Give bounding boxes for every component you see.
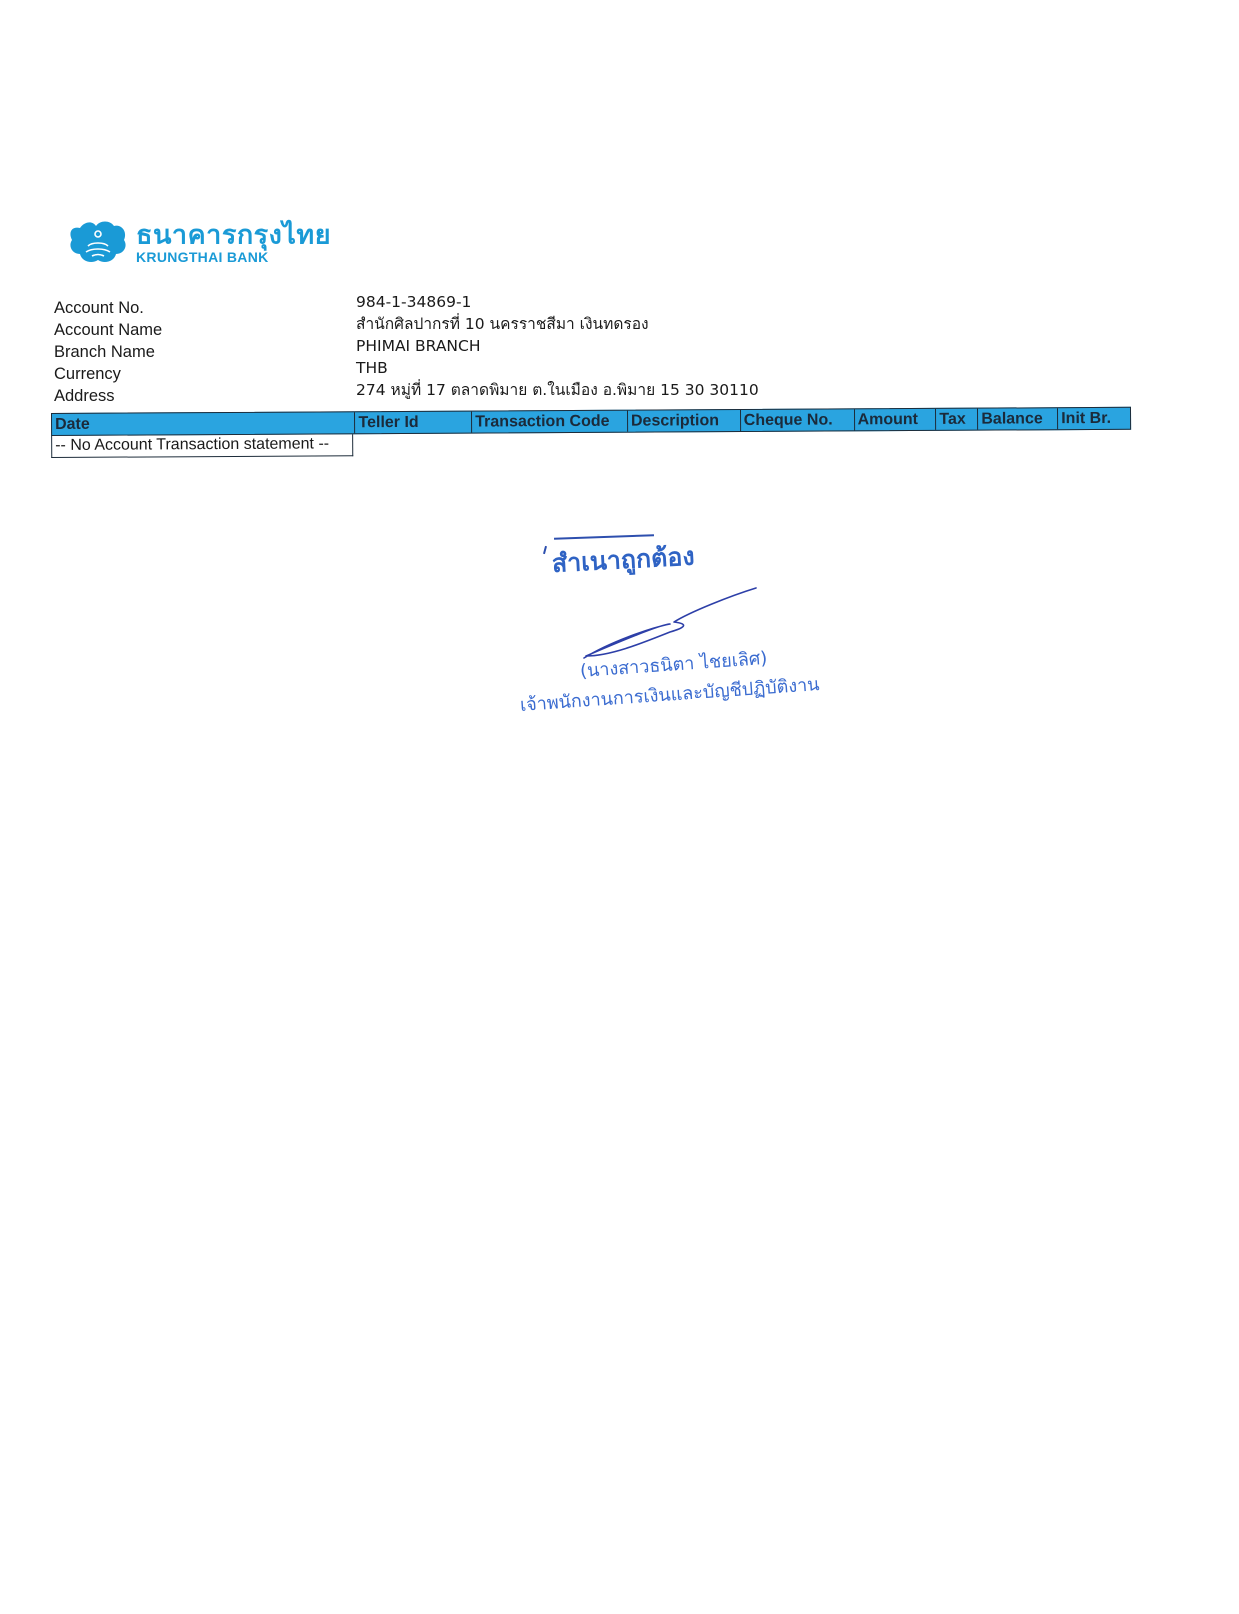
account-info: Account No. 984-1-34869-1 Account Name ส…	[54, 294, 759, 404]
address-row: Address 274 หมู่ที่ 17 ตลาดพิมาย ต.ในเมื…	[54, 382, 759, 404]
branch-name-value: PHIMAI BRANCH	[356, 335, 481, 357]
account-name-value: สำนักศิลปากรที่ 10 นครราชสีมา เงินทดรอง	[356, 313, 649, 335]
account-number-label: Account No.	[54, 297, 356, 319]
column-header-teller-id: Teller Id	[355, 412, 472, 434]
currency-label: Currency	[54, 363, 356, 385]
address-label: Address	[54, 385, 356, 407]
column-header-date: Date	[52, 412, 356, 435]
transaction-table: Date Teller Id Transaction Code Descript…	[51, 407, 1131, 458]
bank-name-thai: ธนาคารกรุงไทย	[136, 222, 331, 248]
column-header-init-branch: Init Br.	[1058, 408, 1130, 429]
column-header-transaction-code: Transaction Code	[472, 411, 628, 433]
column-header-description: Description	[628, 410, 741, 432]
certified-copy-stamp-text: สำเนาถูกต้อง	[551, 537, 696, 584]
certification-stamp: สำเนาถูกต้อง (นางสาวธนิตา ไชยเลิศ) เจ้าพ…	[540, 530, 880, 750]
empty-statement-message: -- No Account Transaction statement --	[51, 434, 353, 458]
branch-name-label: Branch Name	[54, 341, 356, 363]
stamp-tick-mark	[543, 546, 547, 554]
column-header-amount: Amount	[854, 409, 936, 430]
currency-value: THB	[356, 357, 388, 379]
column-header-cheque-no: Cheque No.	[741, 409, 855, 431]
address-value: 274 หมู่ที่ 17 ตลาดพิมาย ต.ในเมือง อ.พิม…	[356, 379, 759, 401]
bank-logo: ธนาคารกรุงไทย KRUNGTHAI BANK	[66, 218, 331, 266]
account-number-value: 984-1-34869-1	[356, 291, 471, 313]
table-header: Date Teller Id Transaction Code Descript…	[51, 407, 1131, 436]
account-name-label: Account Name	[54, 319, 356, 341]
column-header-balance: Balance	[978, 408, 1058, 429]
branch-name-row: Branch Name PHIMAI BRANCH	[54, 338, 759, 360]
krungthai-bird-icon	[66, 218, 130, 266]
column-header-tax: Tax	[936, 409, 978, 430]
bank-name-english: KRUNGTHAI BANK	[136, 250, 331, 264]
